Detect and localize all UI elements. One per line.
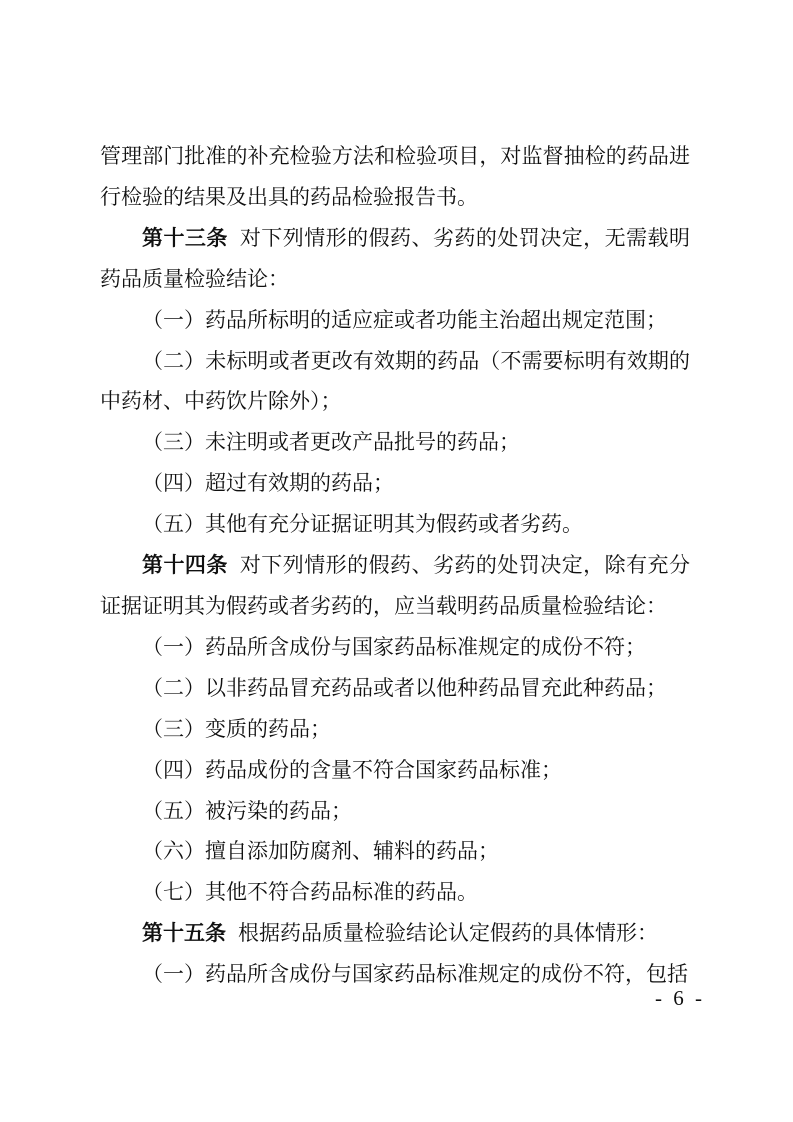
article-13-item-4: （四）超过有效期的药品；	[100, 463, 690, 504]
article-14-item-2: （二）以非药品冒充药品或者以他种药品冒充此种药品；	[100, 668, 690, 709]
article-15-item-1: （一）药品所含成份与国家药品标准规定的成份不符，包括	[100, 954, 690, 995]
article-15-term: 第十五条	[142, 921, 226, 945]
article-14-item-6: （六）擅自添加防腐剂、辅料的药品；	[100, 831, 690, 872]
article-13-item-3: （三）未注明或者更改产品批号的药品；	[100, 422, 690, 463]
article-14-item-3: （三）变质的药品；	[100, 709, 690, 750]
document-body: 管理部门批准的补充检验方法和检验项目，对监督抽检的药品进行检验的结果及出具的药品…	[100, 136, 690, 995]
article-15-text: 根据药品质量检验结论认定假药的具体情形：	[238, 921, 658, 945]
article-14-item-7: （七）其他不符合药品标准的药品。	[100, 872, 690, 913]
article-13-item-5: （五）其他有充分证据证明其为假药或者劣药。	[100, 504, 690, 545]
article-14-item-4: （四）药品成份的含量不符合国家药品标准；	[100, 750, 690, 791]
article-13-item-2: （二）未标明或者更改有效期的药品（不需要标明有效期的中药材、中药饮片除外）；	[100, 341, 690, 423]
article-14-term: 第十四条	[142, 553, 228, 577]
article-14-item-1: （一）药品所含成份与国家药品标准规定的成份不符；	[100, 627, 690, 668]
page-number: - 6 -	[655, 986, 705, 1011]
paragraph-continuation: 管理部门批准的补充检验方法和检验项目，对监督抽检的药品进行检验的结果及出具的药品…	[100, 136, 690, 218]
document-page: 管理部门批准的补充检验方法和检验项目，对监督抽检的药品进行检验的结果及出具的药品…	[0, 0, 793, 1122]
article-13-item-1: （一）药品所标明的适应症或者功能主治超出规定范围；	[100, 300, 690, 341]
article-13-term: 第十三条	[142, 226, 228, 250]
article-15-paragraph: 第十五条根据药品质量检验结论认定假药的具体情形：	[100, 913, 690, 954]
article-14-item-5: （五）被污染的药品；	[100, 791, 690, 832]
article-14-paragraph: 第十四条对下列情形的假药、劣药的处罚决定，除有充分证据证明其为假药或者劣药的，应…	[100, 545, 690, 627]
article-13-paragraph: 第十三条对下列情形的假药、劣药的处罚决定，无需载明药品质量检验结论：	[100, 218, 690, 300]
